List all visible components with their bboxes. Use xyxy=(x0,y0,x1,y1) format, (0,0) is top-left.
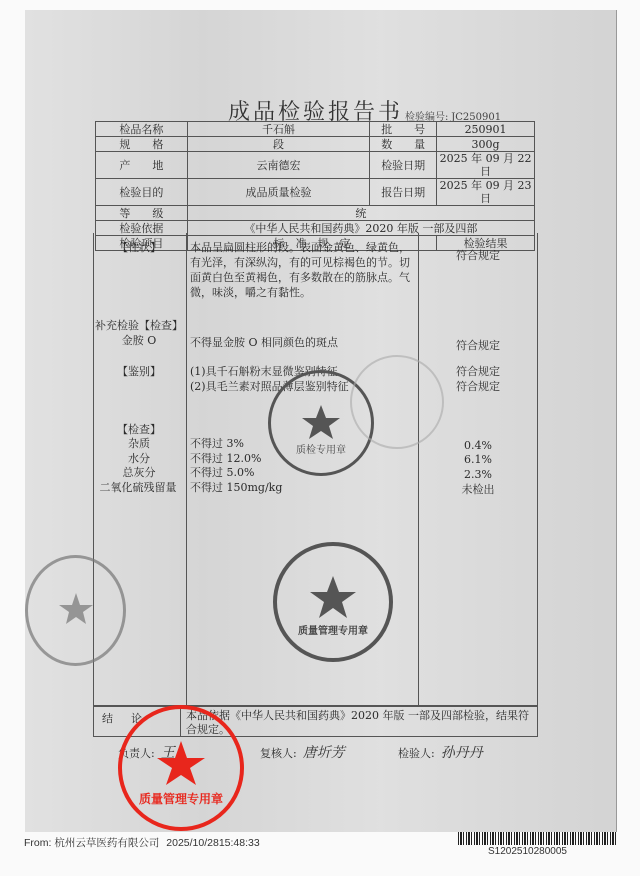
table-row: 产 地云南德宏检验日期2025 年 09 月 22 日 xyxy=(96,152,535,179)
label: 批 号 xyxy=(370,122,437,137)
label: 检验目的 xyxy=(96,179,188,206)
label: 报告日期 xyxy=(370,179,437,206)
table-row: 规 格段数 量300g xyxy=(96,137,535,152)
inspector-signature: 检验人:孙丹丹 xyxy=(398,742,483,762)
test-date: 2025 年 09 月 22 日 xyxy=(437,152,535,179)
svg-text:质检专用章: 质检专用章 xyxy=(296,443,346,456)
column-divider xyxy=(418,233,419,706)
barcode-number: S1202510280005 xyxy=(488,846,567,857)
svg-text:质量管理专用章: 质量管理专用章 xyxy=(298,624,368,637)
label: 数 量 xyxy=(370,137,437,152)
report-date: 2025 年 09 月 23 日 xyxy=(437,179,535,206)
inspection-label: 【检查】 xyxy=(93,422,185,437)
table-row: 检品名称千石斛批 号250901 xyxy=(96,122,535,137)
appearance-standard: 本品呈扁圆柱形的段。表面金黄色、绿黄色，有光泽，有深纵沟，有的可见棕褐色的节。切… xyxy=(190,240,418,300)
column-divider xyxy=(186,233,187,706)
origin: 云南德宏 xyxy=(187,152,369,179)
inspection-item-name: 杂质 xyxy=(93,436,185,451)
spec: 段 xyxy=(187,137,369,152)
supplementary-result: 符合规定 xyxy=(420,338,536,353)
star-icon: 质量管理专用章 xyxy=(122,709,240,827)
grade: 统 xyxy=(187,206,534,221)
hangzhou-quality-stamp: 质量管理专用章 xyxy=(273,542,393,662)
inspection-item-result: 2.3% xyxy=(420,467,536,482)
inspection-item-name: 总灰分 xyxy=(93,465,185,480)
inspection-item-standard: 不得过 150mg/kg xyxy=(190,480,418,495)
identification-result-1: 符合规定 xyxy=(420,364,536,379)
fax-header: From: 杭州云草医药有限公司 2025/10/2815:48:33 xyxy=(24,835,260,850)
info-table: 检品名称千石斛批 号250901 规 格段数 量300g 产 地云南德宏检验日期… xyxy=(95,121,535,251)
inspection-item-result: 6.1% xyxy=(420,452,536,467)
reviewer-signature: 复核人:唐圻芳 xyxy=(260,742,345,762)
label: 产 地 xyxy=(96,152,188,179)
supplementary-label: 补充检验【检查】 xyxy=(93,318,185,333)
svg-text:质量管理专用章: 质量管理专用章 xyxy=(139,791,223,806)
supplementary-standard: 不得显金胺 O 相同颜色的斑点 xyxy=(190,335,418,350)
label: 检验日期 xyxy=(370,152,437,179)
label: 规 格 xyxy=(96,137,188,152)
star-icon xyxy=(46,581,106,641)
inspection-item-result: 0.4% xyxy=(420,438,536,453)
appearance-label: 【性状】 xyxy=(93,240,185,255)
purpose: 成品质量检验 xyxy=(187,179,369,206)
barcode xyxy=(458,832,618,845)
table-row: 等 级统 xyxy=(96,206,535,221)
faded-left-stamp xyxy=(25,555,126,666)
batch-number: 250901 xyxy=(437,122,535,137)
supplementary-item: 金胺 O xyxy=(93,333,185,348)
inspection-item-name: 二氧化硫残留量 xyxy=(88,480,188,495)
label: 检品名称 xyxy=(96,122,188,137)
quantity: 300g xyxy=(437,137,535,152)
appearance-result: 符合规定 xyxy=(420,248,536,263)
inspection-item-result: 未检出 xyxy=(420,482,536,497)
identification-label: 【鉴别】 xyxy=(93,364,185,379)
table-row: 检验目的成品质量检验报告日期2025 年 09 月 23 日 xyxy=(96,179,535,206)
star-icon: 质量管理专用章 xyxy=(277,546,389,658)
inspection-item-name: 水分 xyxy=(93,451,185,466)
faded-stamp xyxy=(350,355,444,449)
label: 等 级 xyxy=(96,206,188,221)
product-name: 千石斛 xyxy=(187,122,369,137)
red-quality-stamp: 质量管理专用章 xyxy=(118,705,244,831)
